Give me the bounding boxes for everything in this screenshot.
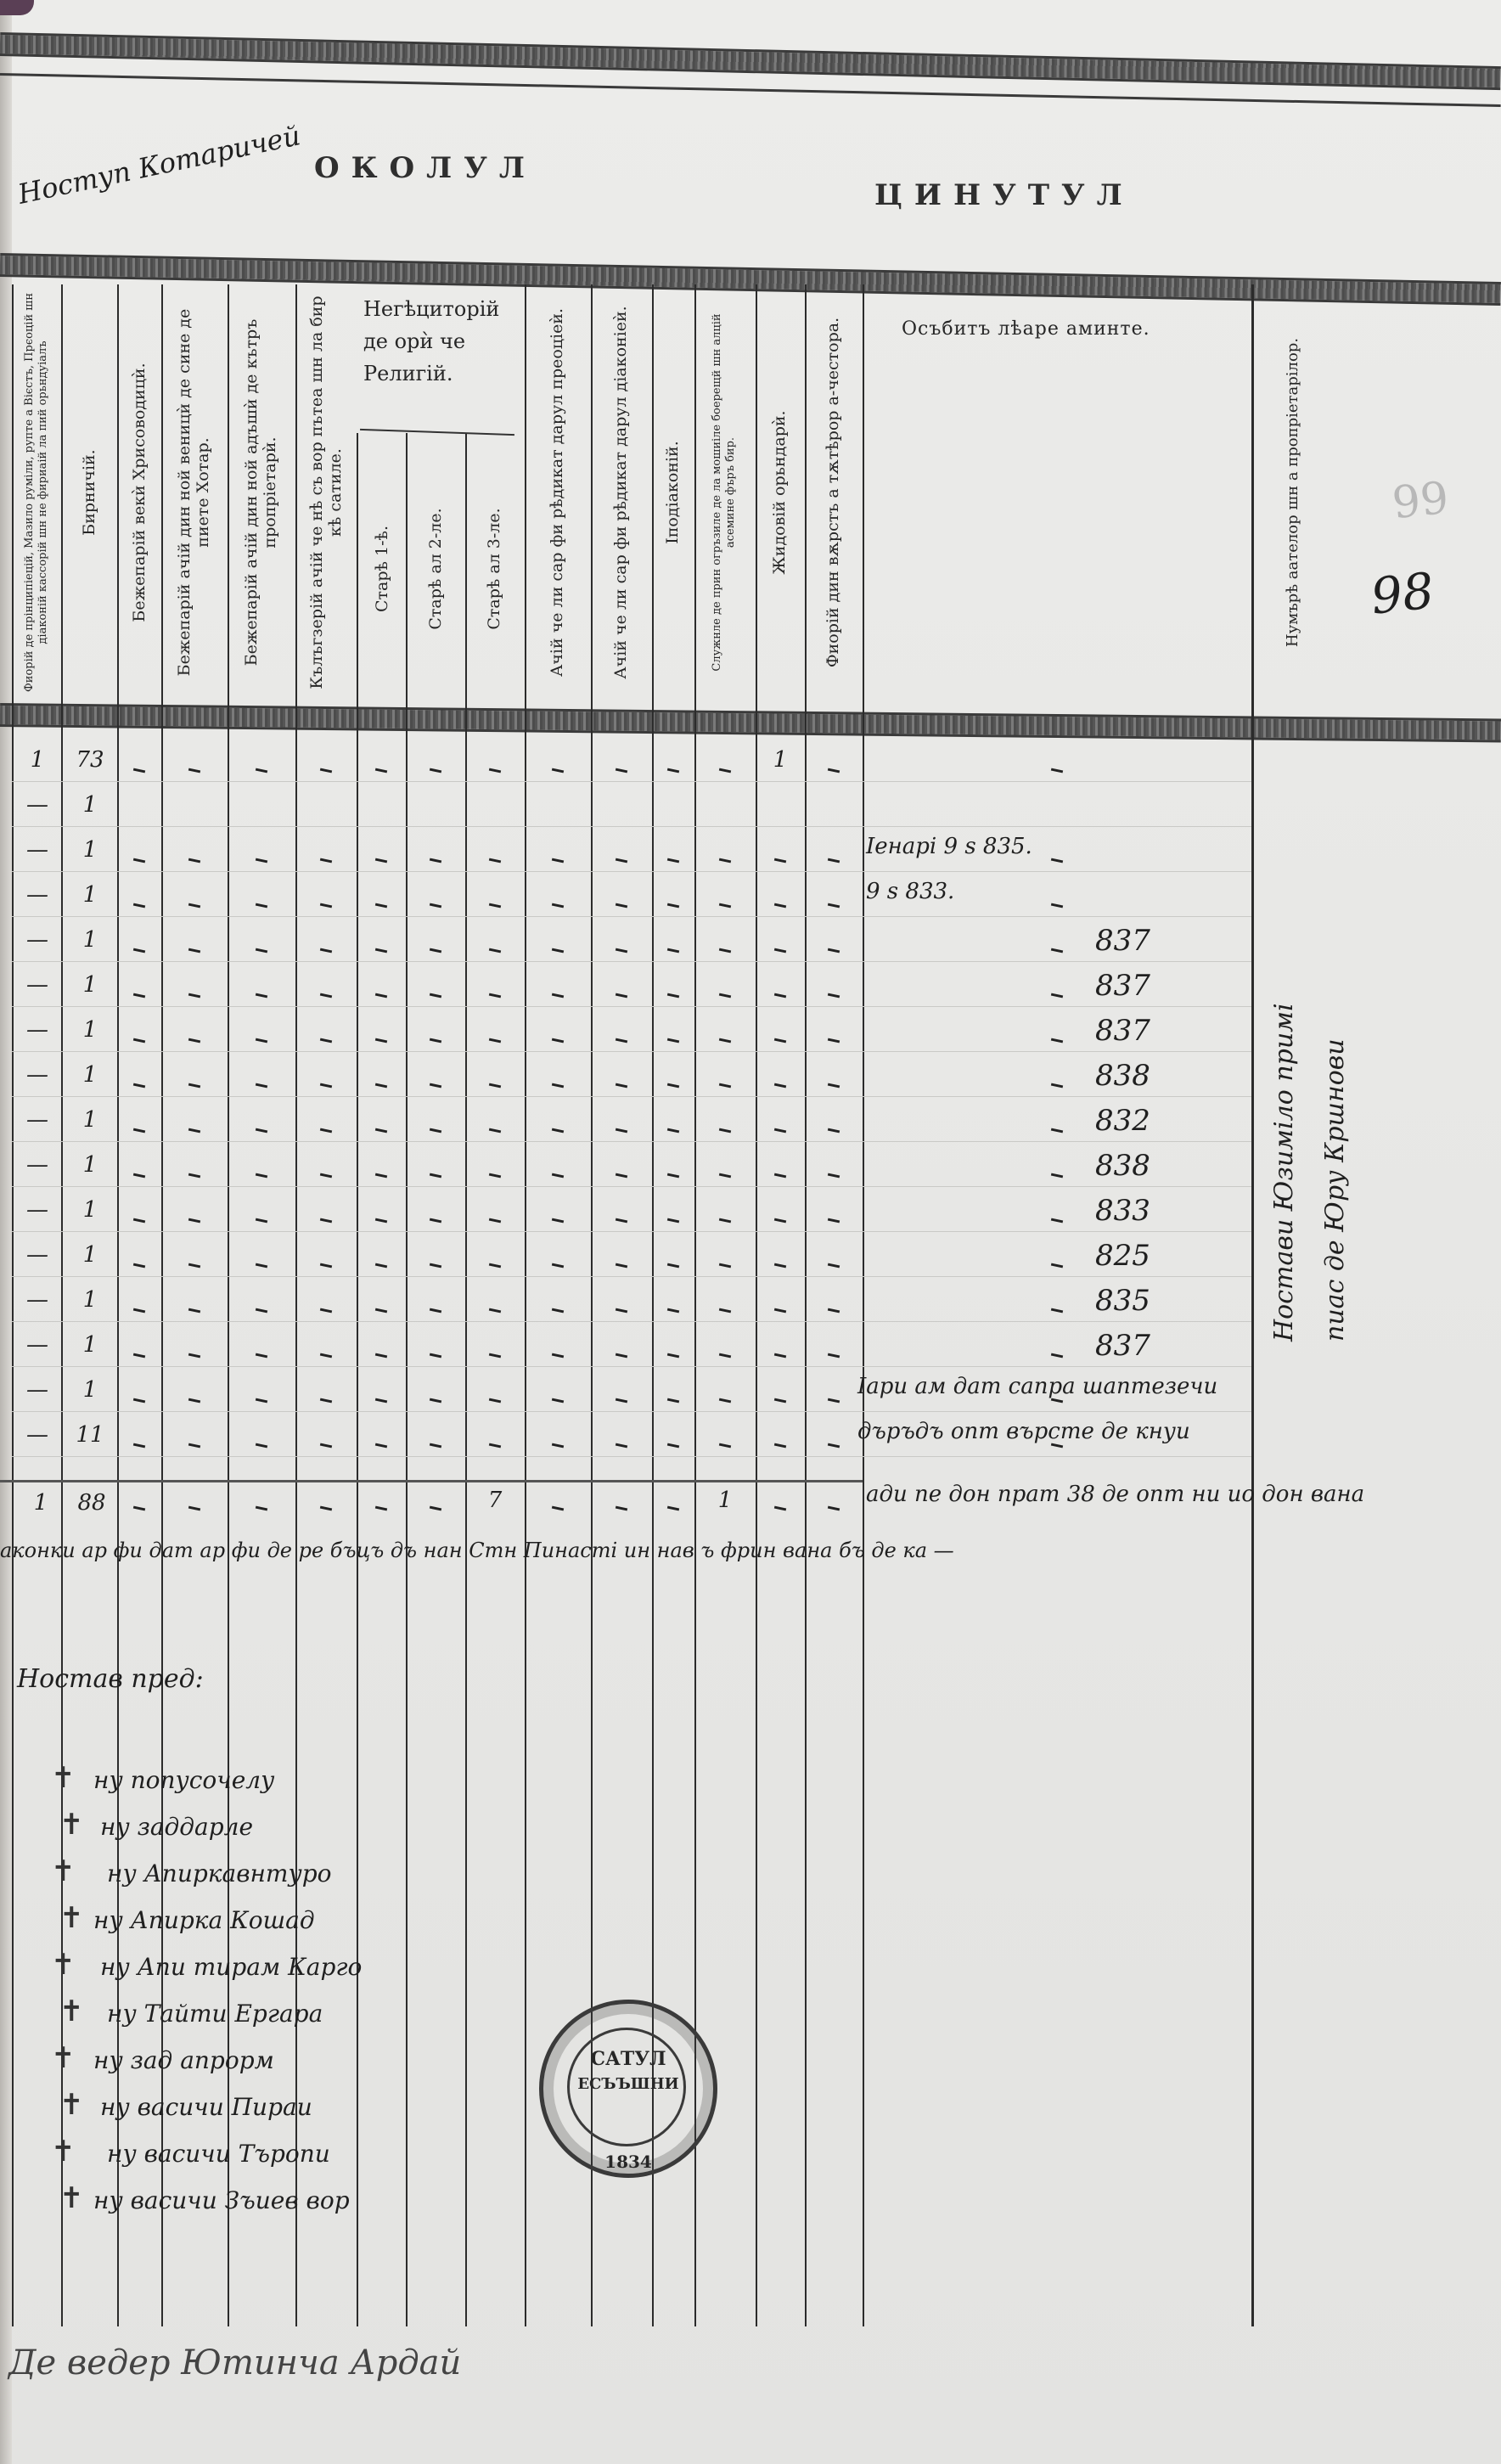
empty-mark (616, 1083, 627, 1089)
empty-mark (375, 1038, 387, 1044)
row-c1: — (20, 1422, 54, 1448)
header-starea-3: Старѣ ал 3-ле. (465, 442, 523, 696)
empty-mark (667, 1353, 679, 1359)
empty-mark (616, 993, 627, 999)
signatory-name: ну Апи тирам Карго (100, 1953, 362, 1981)
empty-mark (774, 1038, 786, 1044)
empty-mark (188, 993, 200, 999)
empty-mark (430, 768, 441, 774)
empty-mark (375, 768, 387, 774)
row-rule (12, 916, 1251, 917)
empty-mark (719, 1263, 731, 1269)
page-number-faint: 99 (1390, 473, 1451, 530)
header-ipodiaconi: Іподіаконій. (652, 284, 693, 700)
row-rule (12, 1456, 1251, 1457)
empty-mark (552, 993, 564, 999)
row-rule (12, 1321, 1251, 1322)
cross-mark-icon: ✝ (59, 2181, 84, 2215)
empty-mark (375, 1398, 387, 1404)
cross-mark-icon: ✝ (59, 1808, 84, 1842)
empty-mark (774, 1218, 786, 1224)
total-empty-mark (256, 1506, 267, 1511)
empty-mark (430, 903, 441, 909)
empty-mark (320, 1263, 332, 1269)
empty-mark (133, 1398, 145, 1404)
empty-mark (616, 1353, 627, 1359)
empty-mark (256, 1443, 267, 1449)
empty-mark (774, 858, 786, 864)
row-note: 837 (1095, 924, 1150, 958)
empty-mark (1051, 1308, 1063, 1314)
empty-mark (430, 993, 441, 999)
empty-mark (719, 948, 731, 954)
row-c2: 1 (73, 1152, 107, 1178)
empty-mark (133, 1038, 145, 1044)
empty-mark (552, 1443, 564, 1449)
empty-mark (774, 1443, 786, 1449)
row-c1: — (20, 1107, 54, 1133)
row-rule (12, 1276, 1251, 1277)
total-c1: 1 (24, 1490, 58, 1516)
empty-mark (667, 1218, 679, 1224)
empty-mark (320, 993, 332, 999)
row-note: 835 (1095, 1284, 1150, 1318)
empty-mark (774, 1083, 786, 1089)
signatory-name: ну попусочелу (93, 1766, 274, 1794)
header-birnici: Бирничій. (61, 284, 117, 700)
empty-mark (430, 948, 441, 954)
column-divider (465, 433, 467, 2326)
totals-note-line-1: ади пе дон прат 38 де опт ни ио дон вана (866, 1482, 1364, 1507)
empty-mark (320, 1128, 332, 1134)
empty-mark (667, 1038, 679, 1044)
empty-mark (1051, 903, 1063, 909)
empty-mark (828, 1128, 840, 1134)
empty-mark (774, 1173, 786, 1179)
empty-mark (133, 948, 145, 954)
empty-mark (552, 948, 564, 954)
empty-mark (375, 1173, 387, 1179)
totals-divider (0, 1480, 863, 1482)
empty-mark (667, 903, 679, 909)
empty-mark (719, 768, 731, 774)
empty-mark (375, 993, 387, 999)
empty-mark (188, 948, 200, 954)
empty-mark (489, 1398, 501, 1404)
empty-mark (828, 1308, 840, 1314)
empty-mark (489, 1218, 501, 1224)
empty-mark (430, 1308, 441, 1314)
column-divider (406, 433, 408, 2326)
ocol-label: ОКОЛУЛ (314, 151, 537, 185)
cover-corner (0, 0, 34, 15)
row-rule (12, 826, 1251, 827)
signatory-name: ну васичи Търопи (107, 2140, 330, 2168)
empty-mark (828, 1038, 840, 1044)
empty-mark (375, 1308, 387, 1314)
empty-mark (188, 1308, 200, 1314)
row-note: 833 (1095, 1194, 1150, 1228)
header-religion-group: Негѣциторій де орѝ че Религій. (363, 293, 516, 390)
cross-mark-icon: ✝ (51, 1948, 76, 1982)
margin-note-2: пиас де Юру Кршнови (1320, 1038, 1350, 1342)
empty-mark (616, 1038, 627, 1044)
empty-mark (774, 1353, 786, 1359)
empty-mark (719, 1218, 731, 1224)
header-fiscal: Фиорій де прінципіецій, Мазило руміли, р… (12, 284, 61, 700)
empty-mark (774, 903, 786, 909)
empty-mark (375, 1218, 387, 1224)
row-rule (12, 1186, 1251, 1187)
row-c1: — (20, 1017, 54, 1043)
row-note: 838 (1095, 1149, 1150, 1183)
empty-mark (375, 1083, 387, 1089)
empty-mark (320, 768, 332, 774)
empty-mark (1051, 993, 1063, 999)
row-rule (12, 1006, 1251, 1007)
empty-mark (188, 1128, 200, 1134)
empty-mark (828, 1173, 840, 1179)
row-rule (12, 781, 1251, 782)
empty-mark (828, 1443, 840, 1449)
empty-mark (828, 948, 840, 954)
empty-mark (430, 1353, 441, 1359)
empty-mark (188, 858, 200, 864)
empty-mark (719, 1128, 731, 1134)
row-c1: — (20, 882, 54, 908)
empty-mark (489, 1128, 501, 1134)
signatory-name: ну зад апрорм (93, 2046, 274, 2074)
row-c1: — (20, 1152, 54, 1178)
total-c2: 88 (75, 1490, 109, 1516)
empty-mark (320, 948, 332, 954)
row-c2: 1 (73, 927, 107, 953)
margin-note-1: Ностави Юзиміло примі (1269, 1003, 1299, 1342)
empty-mark (375, 903, 387, 909)
header-jidovi: Жидовій орьндарѝ. (756, 284, 803, 700)
empty-mark (430, 1128, 441, 1134)
empty-mark (616, 1443, 627, 1449)
empty-mark (256, 768, 267, 774)
row-c2: 1 (73, 1377, 107, 1403)
total-empty-mark (320, 1506, 332, 1511)
empty-mark (828, 1353, 840, 1359)
empty-mark (256, 1398, 267, 1404)
empty-mark (719, 1038, 731, 1044)
empty-mark (256, 1353, 267, 1359)
empty-mark (616, 948, 627, 954)
empty-mark (256, 948, 267, 954)
empty-mark (133, 1263, 145, 1269)
certification-heading: Ностав пред: (17, 1664, 204, 1694)
empty-mark (616, 1263, 627, 1269)
empty-mark (188, 903, 200, 909)
row-rule (12, 1051, 1251, 1052)
row-c2: 1 (73, 1287, 107, 1313)
row-c2: 1 (73, 1332, 107, 1358)
empty-mark (489, 903, 501, 909)
empty-mark (256, 1173, 267, 1179)
row-note: Іенарі 9 ѕ 835. (866, 834, 1032, 859)
total-empty-mark (188, 1506, 200, 1511)
row-rule (12, 871, 1251, 872)
cross-mark-icon: ✝ (59, 1901, 84, 1935)
empty-mark (133, 1308, 145, 1314)
empty-mark (133, 993, 145, 999)
total-empty-mark (828, 1506, 840, 1511)
row-note: 838 (1095, 1059, 1150, 1093)
empty-mark (320, 1353, 332, 1359)
empty-mark (133, 903, 145, 909)
empty-mark (552, 768, 564, 774)
empty-mark (719, 1398, 731, 1404)
total-empty-mark (616, 1506, 627, 1511)
row-note: Іари ам дат сапра шаптезечи (857, 1374, 1217, 1399)
empty-mark (774, 948, 786, 954)
empty-mark (552, 858, 564, 864)
header-slujbasi: Служнле де прин огръзиле де ла мошиіле б… (694, 284, 754, 700)
empty-mark (552, 1128, 564, 1134)
empty-mark (774, 1128, 786, 1134)
religion-divider (360, 429, 514, 436)
empty-mark (552, 1173, 564, 1179)
header-starea-1: Старѣ 1-ѣ. (358, 442, 406, 696)
row-c1: — (20, 792, 54, 818)
empty-mark (489, 1173, 501, 1179)
empty-mark (256, 1038, 267, 1044)
empty-mark (430, 858, 441, 864)
empty-mark (430, 1443, 441, 1449)
row-c1: — (20, 1242, 54, 1268)
empty-mark (828, 1083, 840, 1089)
row-c2: 1 (73, 1107, 107, 1133)
signatory-name: ну Апирка Кошад (93, 1906, 315, 1934)
empty-mark (667, 1128, 679, 1134)
cross-mark-icon: ✝ (51, 2135, 76, 2169)
total-empty-mark (774, 1506, 786, 1511)
empty-mark (133, 1083, 145, 1089)
empty-mark (188, 1173, 200, 1179)
row-c2: 11 (73, 1422, 107, 1448)
empty-mark (616, 768, 627, 774)
row-c2: 1 (73, 1197, 107, 1223)
row-c1: — (20, 1332, 54, 1358)
column-divider (357, 433, 358, 2326)
empty-mark (489, 858, 501, 864)
total-empty-mark (133, 1506, 145, 1511)
row-note: 832 (1095, 1104, 1150, 1138)
empty-mark (667, 948, 679, 954)
empty-mark (1051, 1083, 1063, 1089)
empty-mark (667, 1443, 679, 1449)
header-bejenari-hrisov: Бежепарій векѝ Хрисоводицѝ. (119, 284, 160, 700)
empty-mark (828, 858, 840, 864)
empty-mark (133, 1353, 145, 1359)
empty-mark (1051, 858, 1063, 864)
empty-mark (552, 1353, 564, 1359)
header-fiscali-cresti: Фиорій дин вѫрстъ а тѫтѣрор а-честора. (805, 284, 861, 700)
empty-mark (719, 903, 731, 909)
empty-mark (489, 1443, 501, 1449)
book-binding (0, 0, 12, 2464)
empty-mark (320, 1083, 332, 1089)
empty-mark (489, 948, 501, 954)
empty-mark (188, 1218, 200, 1224)
empty-mark (616, 1128, 627, 1134)
empty-mark (256, 903, 267, 909)
empty-mark (828, 993, 840, 999)
empty-mark (616, 1308, 627, 1314)
empty-mark (1051, 1173, 1063, 1179)
empty-mark (667, 1083, 679, 1089)
signatory-name: ну заддарле (100, 1813, 253, 1841)
empty-mark (320, 858, 332, 864)
empty-mark (774, 1398, 786, 1404)
empty-mark (375, 1263, 387, 1269)
row-note: 837 (1095, 969, 1150, 1003)
empty-mark (133, 858, 145, 864)
top-border-band (0, 32, 1501, 90)
empty-mark (1051, 1353, 1063, 1359)
tinut-label: ЦИНУТУЛ (874, 178, 1134, 212)
empty-mark (667, 993, 679, 999)
empty-mark (616, 858, 627, 864)
empty-mark (430, 1173, 441, 1179)
empty-mark (828, 1218, 840, 1224)
empty-mark (375, 1443, 387, 1449)
empty-mark (320, 1038, 332, 1044)
empty-mark (133, 1218, 145, 1224)
row-rule (12, 1366, 1251, 1367)
empty-mark (320, 903, 332, 909)
totals-note-line-2: аконки ар фи дат ар фи де ре бъцъ дъ нан… (0, 1539, 954, 1562)
header-preotie: Ачій че ли сар фи рѣдикат дарул преоціеѝ… (525, 284, 589, 700)
empty-mark (320, 1218, 332, 1224)
empty-mark (552, 903, 564, 909)
column-divider (1251, 284, 1254, 2326)
seal-line-2: ЕСЪЪШНИ (543, 2075, 713, 2093)
village-name-handwritten: Ноступ Котаричей (15, 119, 303, 211)
empty-mark (256, 1308, 267, 1314)
empty-mark (188, 1038, 200, 1044)
header-diaconie: Ачій че ли сар фи рѣдикат дарул діаконіе… (591, 284, 650, 700)
total-empty-mark (430, 1506, 441, 1511)
total-empty-mark (667, 1506, 679, 1511)
empty-mark (256, 1263, 267, 1269)
row-c1: — (20, 1197, 54, 1223)
cross-mark-icon: ✝ (59, 1994, 84, 2028)
row-c2: 73 (73, 747, 107, 773)
cross-mark-icon: ✝ (51, 2041, 76, 2075)
empty-mark (133, 1443, 145, 1449)
header-captari: Кълъгзерій ачій че нѣ съ вор пътеа шн ла… (295, 284, 357, 700)
empty-mark (320, 1398, 332, 1404)
empty-mark (616, 1398, 627, 1404)
empty-mark (774, 993, 786, 999)
empty-mark (188, 1353, 200, 1359)
empty-mark (375, 1128, 387, 1134)
empty-mark (1051, 1263, 1063, 1269)
empty-mark (188, 1263, 200, 1269)
total-empty-mark (552, 1506, 564, 1511)
empty-mark (552, 1083, 564, 1089)
empty-mark (552, 1263, 564, 1269)
empty-mark (256, 1083, 267, 1089)
empty-mark (1051, 768, 1063, 774)
row-c2: 1 (73, 972, 107, 998)
column-divider (863, 284, 864, 2326)
empty-mark (256, 1218, 267, 1224)
empty-mark (256, 993, 267, 999)
empty-mark (320, 1308, 332, 1314)
empty-mark (719, 1353, 731, 1359)
row-note: 837 (1095, 1329, 1150, 1363)
header-bottom-band (0, 703, 1501, 743)
signatory-name: ну Тайти Ергара (107, 2000, 323, 2028)
empty-mark (188, 1443, 200, 1449)
empty-mark (667, 768, 679, 774)
empty-mark (552, 1218, 564, 1224)
empty-mark (667, 1263, 679, 1269)
empty-mark (616, 1218, 627, 1224)
empty-mark (489, 768, 501, 774)
total-empty-mark (375, 1506, 387, 1511)
empty-mark (256, 858, 267, 864)
header-bejenari-proprietari: Бежепарій ачій дин ной адъшѝ де кътръ пр… (228, 284, 294, 700)
total-value: 7 (478, 1488, 512, 1513)
empty-mark (133, 768, 145, 774)
header-house-number: Нумърѣ аателор шн а пропріетарілор. (1255, 284, 1331, 700)
row-rule (12, 961, 1251, 962)
row-c1: — (20, 1377, 54, 1403)
row-c2: 1 (73, 1242, 107, 1268)
empty-mark (719, 1083, 731, 1089)
empty-mark (667, 858, 679, 864)
empty-mark (552, 1398, 564, 1404)
header-occupation-notes: Осъбитъ лѣаре аминте. (902, 318, 1150, 340)
empty-mark (375, 948, 387, 954)
empty-mark (1051, 1218, 1063, 1224)
empty-mark (430, 1218, 441, 1224)
empty-mark (320, 1443, 332, 1449)
empty-mark (188, 1083, 200, 1089)
empty-mark (430, 1083, 441, 1089)
empty-mark (719, 1308, 731, 1314)
empty-mark (828, 768, 840, 774)
row-c2: 1 (73, 792, 107, 818)
empty-mark (616, 1173, 627, 1179)
row-c1: 1 (20, 747, 54, 773)
cross-mark-icon: ✝ (51, 1854, 76, 1888)
row-note: дъръдъ опт върсте де кнуи (857, 1419, 1190, 1444)
row-note: 9 ѕ 833. (866, 879, 954, 904)
empty-mark (133, 1173, 145, 1179)
empty-mark (667, 1173, 679, 1179)
empty-mark (188, 1398, 200, 1404)
empty-mark (667, 1308, 679, 1314)
empty-mark (616, 903, 627, 909)
empty-mark (430, 1038, 441, 1044)
cross-mark-icon: ✝ (51, 1761, 76, 1795)
empty-mark (133, 1128, 145, 1134)
row-rule (12, 1411, 1251, 1412)
empty-mark (774, 1308, 786, 1314)
total-value: 1 (708, 1488, 742, 1513)
row-c1: — (20, 837, 54, 863)
empty-mark (719, 1173, 731, 1179)
empty-mark (489, 1083, 501, 1089)
empty-mark (667, 1398, 679, 1404)
